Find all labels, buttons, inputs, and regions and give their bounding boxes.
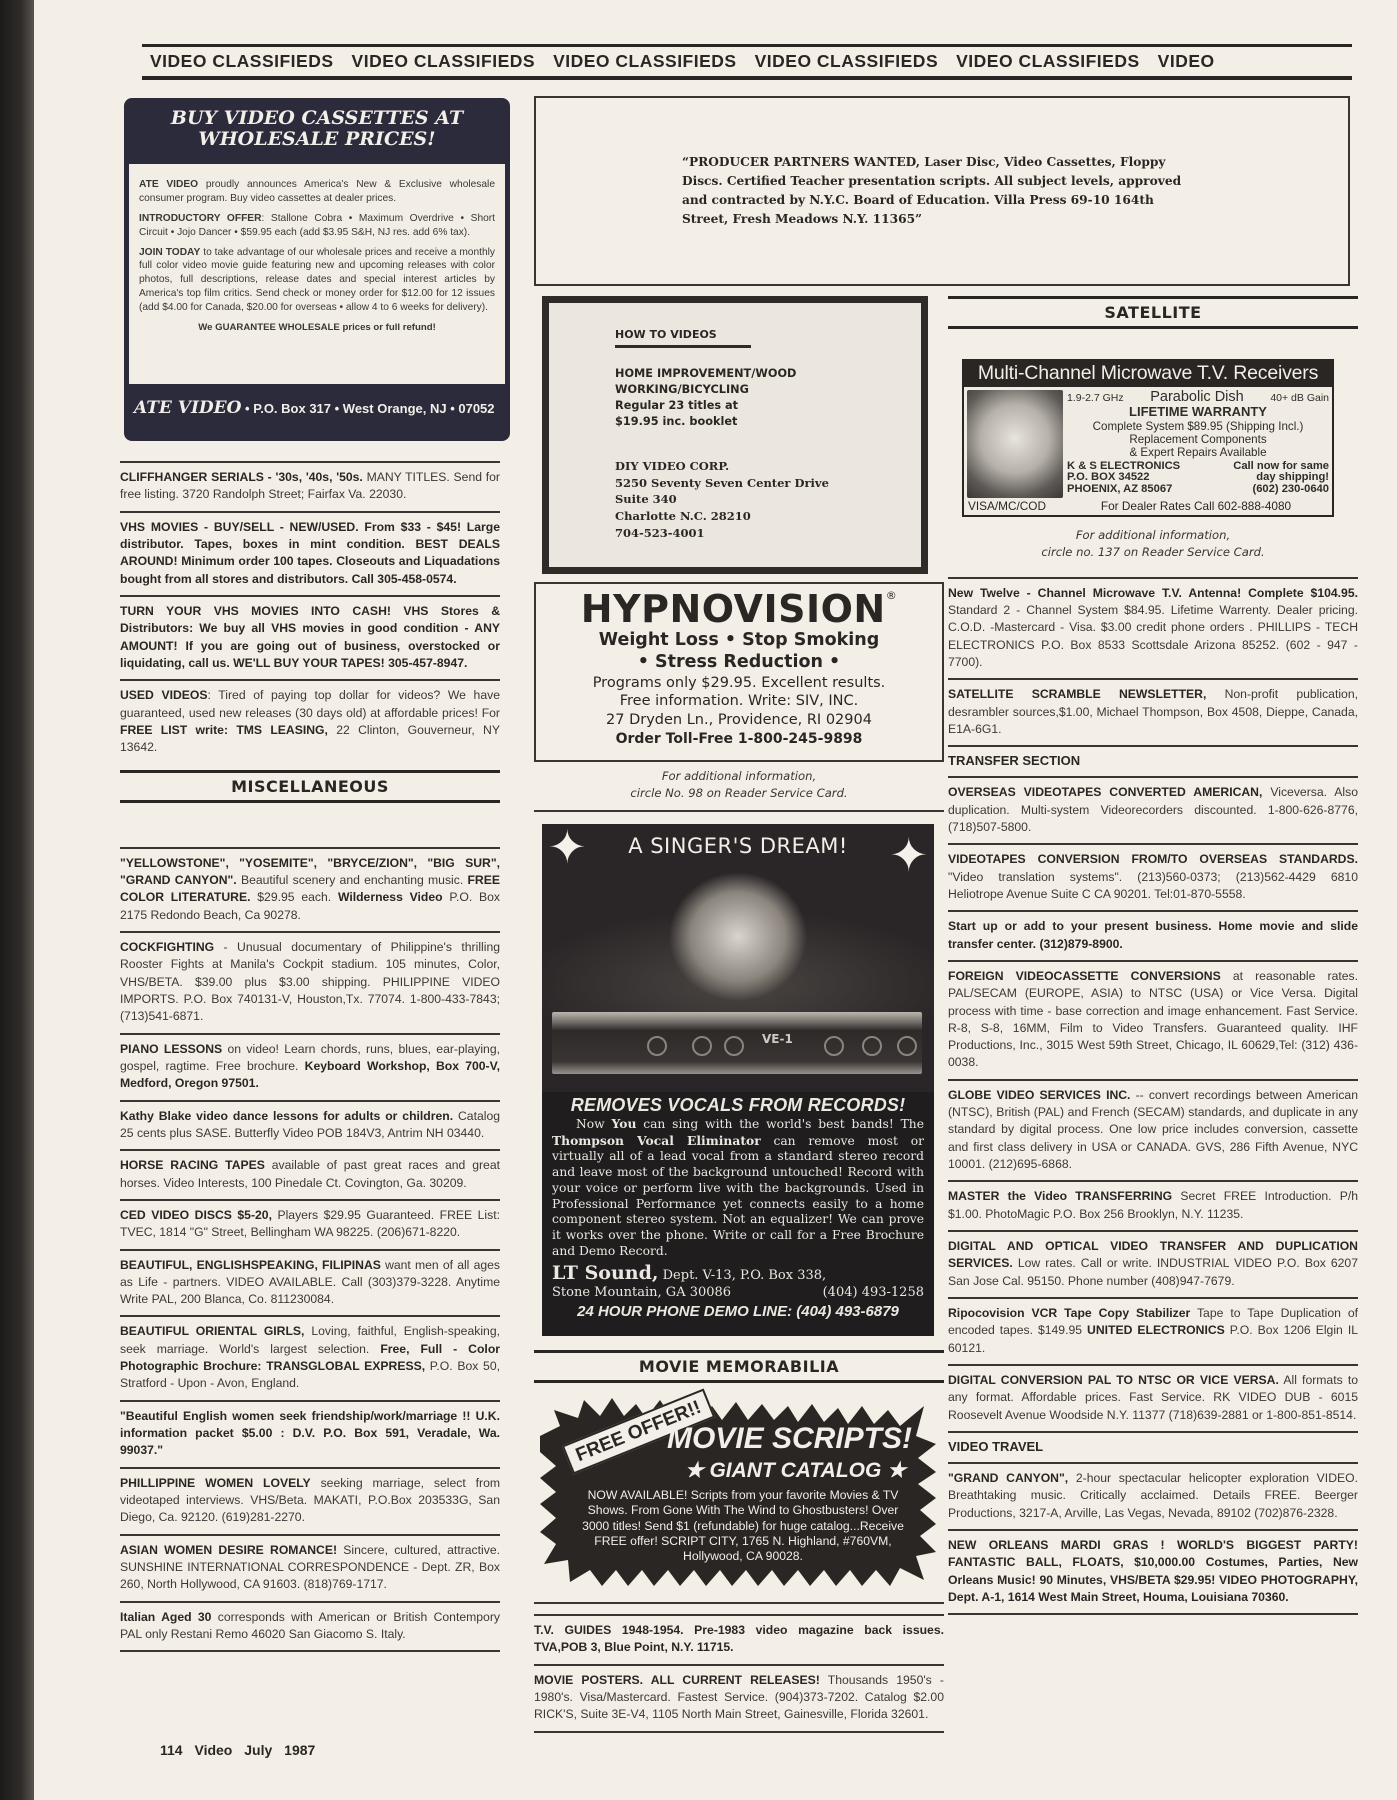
listing-lead: PHILLIPPINE WOMEN LOVELY — [120, 1476, 311, 1490]
section-heading-miscellaneous: MISCELLANEOUS — [120, 770, 500, 803]
howto-line: 5250 Seventy Seven Center Drive — [615, 475, 921, 492]
mcr-call: Call now for same day shipping! (602) 23… — [1233, 461, 1329, 496]
listing: New Twelve - Channel Microwave T.V. Ante… — [948, 579, 1358, 681]
listing: TURN YOUR VHS MOVIES INTO CASH! VHS Stor… — [120, 597, 500, 681]
listing-lead: ASIAN WOMEN DESIRE ROMANCE! — [120, 1543, 337, 1557]
hypno-brand: HYPNOVISION — [581, 587, 886, 631]
listing: PIANO LESSONS on video! Learn chords, ru… — [120, 1035, 500, 1102]
giant-catalog-label: ★ GIANT CATALOG ★ — [685, 1458, 906, 1483]
lts-bold: You — [612, 1116, 637, 1131]
listing: VHS MOVIES - BUY/SELL - NEW/USED. From $… — [120, 513, 500, 597]
listing-lead: New Twelve - Channel Microwave T.V. Ante… — [948, 586, 1358, 600]
listing: ASIAN WOMEN DESIRE ROMANCE! Sincere, cul… — [120, 1536, 500, 1603]
listing: COCKFIGHTING - Unusual documentary of Ph… — [120, 933, 500, 1035]
memorabilia-listings: T.V. GUIDES 1948-1954. Pre-1983 video ma… — [534, 1602, 944, 1733]
masthead-label: VIDEO — [1158, 51, 1215, 72]
listing-lead: BEAUTIFUL, ENGLISHSPEAKING, FILIPINAS — [120, 1258, 381, 1272]
listing: SATELLITE SCRAMBLE NEWSLETTER, Non-profi… — [948, 680, 1358, 747]
listing-lead: CED VIDEO DISCS $5-20, — [120, 1208, 272, 1222]
reader-service-note: For additional information, circle No. 9… — [534, 768, 944, 802]
section-heading-satellite: SATELLITE — [948, 296, 1358, 329]
ate-paragraph: INTRODUCTORY OFFER: Stallone Cobra • Max… — [139, 212, 495, 240]
lts-text: Now — [576, 1117, 612, 1131]
listing: DIGITAL CONVERSION PAL TO NTSC OR VICE V… — [948, 1366, 1358, 1433]
knob-icon — [724, 1036, 744, 1056]
page-footer: 114 Video July 1987 — [160, 1742, 315, 1758]
howto-line: Regular 23 titles at — [615, 398, 921, 414]
listing: HORSE RACING TAPES available of past gre… — [120, 1151, 500, 1201]
ate-address: • P.O. Box 317 • West Orange, NJ • 07052 — [241, 401, 494, 416]
listing-lead: T.V. GUIDES 1948-1954. Pre-1983 video ma… — [534, 1623, 944, 1654]
listing-lead: FOREIGN VIDEOCASSETTE CONVERSIONS — [948, 969, 1221, 983]
listing-lead: NEW ORLEANS MARDI GRAS ! WORLD'S BIGGEST… — [948, 1538, 1358, 1604]
ate-headline-line: WHOLESALE PRICES! — [124, 129, 510, 150]
mcr-info: 1.9-2.7 GHzParabolic Dish40+ dB Gain LIF… — [1063, 387, 1332, 498]
lts-dept: Dept. V-13, P.O. Box 338, — [659, 1268, 827, 1283]
singer-photo: ✦ ✦ A SINGER'S DREAM! VE-1 — [542, 824, 934, 1092]
producer-partners-ad: “PRODUCER PARTNERS WANTED, Laser Disc, V… — [534, 96, 1350, 286]
listing-lead: BEAUTIFUL ORIENTAL GIRLS, — [120, 1324, 304, 1338]
listing: USED VIDEOS: Tired of paying top dollar … — [120, 681, 500, 763]
classifieds-page: VIDEO CLASSIFIEDS VIDEO CLASSIFIEDS VIDE… — [34, 0, 1397, 1800]
howto-line: DIY VIDEO CORP. — [615, 458, 921, 475]
mcr-body: 1.9-2.7 GHzParabolic Dish40+ dB Gain LIF… — [964, 387, 1332, 498]
listing-lead: COCKFIGHTING — [120, 940, 214, 954]
howto-line: HOME IMPROVEMENT/WOOD — [615, 366, 921, 382]
listing-lead: SATELLITE SCRAMBLE NEWSLETTER, — [948, 687, 1206, 701]
listing-lead: Wilderness Video — [338, 890, 443, 904]
lts-bold: Thompson Vocal Eliminator — [552, 1133, 761, 1148]
howto-line: Charlotte N.C. 28210 — [615, 508, 921, 525]
lts-address: LT Sound, Dept. V-13, P.O. Box 338, Ston… — [542, 1260, 934, 1302]
listing-text: Standard 2 - Channel System $84.95. Life… — [948, 603, 1358, 669]
listing: MOVIE POSTERS. ALL CURRENT RELEASES! Tho… — [534, 1666, 944, 1733]
listing-lead: Italian Aged 30 — [120, 1610, 211, 1624]
howto-title: HOW TO VIDEOS — [615, 328, 751, 348]
masthead-label: VIDEO CLASSIFIEDS — [755, 51, 939, 72]
listing-lead: MOVIE POSTERS. ALL CURRENT RELEASES! — [534, 1673, 820, 1687]
howto-line: WORKING/BICYCLING — [615, 382, 921, 398]
listing: Italian Aged 30 corresponds with America… — [120, 1603, 500, 1653]
masthead: VIDEO CLASSIFIEDS VIDEO CLASSIFIEDS VIDE… — [142, 44, 1352, 80]
middle-column: “PRODUCER PARTNERS WANTED, Laser Disc, V… — [534, 96, 1350, 286]
producer-text: “PRODUCER PARTNERS WANTED, Laser Disc, V… — [682, 153, 1202, 229]
ate-headline-line: BUY VIDEO CASSETTES AT — [124, 108, 510, 129]
mcr-line: & Expert Repairs Available — [1067, 446, 1329, 459]
rsc-line: For additional information, — [534, 768, 944, 785]
hypnovision-ad: HYPNOVISION® Weight Loss • Stop Smoking … — [534, 582, 944, 762]
divider — [534, 810, 944, 812]
listing-lead: Kathy Blake video dance lessons for adul… — [120, 1109, 453, 1123]
mcr-freq: 1.9-2.7 GHz — [1067, 393, 1124, 405]
issue-month: July — [244, 1742, 272, 1758]
listing-lead: Start up or add to your present business… — [948, 919, 1358, 950]
mcr-company: K & S ELECTRONICS P.O. BOX 34522 PHOENIX… — [1067, 461, 1180, 496]
listing: "GRAND CANYON", 2-hour spectacular helic… — [948, 1464, 1358, 1531]
left-column: BUY VIDEO CASSETTES AT WHOLESALE PRICES!… — [120, 96, 500, 1652]
lts-city: Stone Mountain, GA 30086 — [552, 1285, 731, 1301]
mcr-warranty: LIFETIME WARRANTY — [1067, 405, 1329, 420]
listing-lead: VIDEOTAPES CONVERSION FROM/TO OVERSEAS S… — [948, 852, 1358, 866]
howto-address: DIY VIDEO CORP. 5250 Seventy Seven Cente… — [615, 458, 921, 541]
hypno-tollfree: Order Toll-Free 1-800-245-9898 — [536, 730, 942, 749]
page-number: 114 — [160, 1742, 183, 1758]
hypno-name: HYPNOVISION® — [536, 590, 942, 630]
mcr-header: Multi-Channel Microwave T.V. Receivers — [964, 361, 1332, 387]
mcr-specs: 1.9-2.7 GHzParabolic Dish40+ dB Gain — [1067, 389, 1329, 405]
lts-text: can remove most or virtually all of a le… — [552, 1134, 924, 1258]
ate-lead: ATE VIDEO — [139, 179, 198, 190]
movie-scripts-text: FREE OFFER!! MOVIE SCRIPTS! ★ GIANT CATA… — [540, 1396, 936, 1586]
rsc-line: For additional information, — [948, 527, 1358, 544]
listing-lead: FREE LIST write: TMS LEASING, — [120, 723, 328, 737]
mcr-line: Replacement Components — [1067, 433, 1329, 446]
listing: Start up or add to your present business… — [948, 912, 1358, 962]
mcr-payment: VISA/MC/COD — [968, 499, 1064, 513]
lts-body: Now You can sing with the world's best b… — [542, 1116, 934, 1260]
movie-scripts-ad: FREE OFFER!! MOVIE SCRIPTS! ★ GIANT CATA… — [540, 1396, 936, 1586]
mcr-gain: 40+ dB Gain — [1270, 393, 1329, 405]
lts-text: can sing with the world's best bands! Th… — [636, 1117, 924, 1131]
ate-body: ATE VIDEO proudly announces America's Ne… — [129, 164, 505, 384]
device-model: VE-1 — [762, 1032, 793, 1046]
lts-photo-title: A SINGER'S DREAM! — [542, 834, 934, 858]
listing-lead: MASTER the Video TRANSFERRING — [948, 1189, 1172, 1203]
listing-lead: GLOBE VIDEO SERVICES INC. — [948, 1088, 1130, 1102]
mcr-dish: Parabolic Dish — [1150, 389, 1244, 405]
lts-company: LT Sound, — [552, 1262, 659, 1284]
listing-text: Beautiful scenery and enchanting music. — [237, 873, 468, 887]
issue-year: 1987 — [284, 1742, 315, 1758]
mcr-contact: K & S ELECTRONICS P.O. BOX 34522 PHOENIX… — [1067, 461, 1329, 496]
listing: BEAUTIFUL ORIENTAL GIRLS, Loving, faithf… — [120, 1317, 500, 1401]
ate-footer: ATE VIDEO • P.O. Box 317 • West Orange, … — [124, 384, 510, 418]
listing-text: $29.95 each. — [250, 890, 337, 904]
listing-text: at reasonable rates. PAL/SECAM (EUROPE, … — [948, 969, 1358, 1070]
mcr-footer: VISA/MC/COD For Dealer Rates Call 602-88… — [964, 498, 1332, 515]
listing: MASTER the Video TRANSFERRING Secret FRE… — [948, 1182, 1358, 1232]
magazine-name: Video — [194, 1742, 232, 1758]
listing: T.V. GUIDES 1948-1954. Pre-1983 video ma… — [534, 1616, 944, 1666]
lts-demo-line: 24 HOUR PHONE DEMO LINE: (404) 493-6879 — [542, 1302, 934, 1320]
listing-lead: "Beautiful English women seek friendship… — [120, 1409, 500, 1458]
listing-lead: OVERSEAS VIDEOTAPES CONVERTED AMERICAN, — [948, 785, 1262, 799]
mcr-line: PHOENIX, AZ 85067 — [1067, 484, 1180, 496]
microwave-receiver-ad: Multi-Channel Microwave T.V. Receivers 1… — [962, 359, 1334, 517]
lt-sound-ad: ✦ ✦ A SINGER'S DREAM! VE-1 REMOVES VOCAL… — [542, 824, 934, 1336]
listing: Kathy Blake video dance lessons for adul… — [120, 1102, 500, 1152]
movie-scripts-title: MOVIE SCRIPTS! — [667, 1422, 912, 1456]
listing-text: "Video translation systems". (213)560-03… — [948, 870, 1358, 901]
hypno-line: Free information. Write: SIV, INC. — [536, 692, 942, 711]
listing-lead: "GRAND CANYON", — [948, 1471, 1068, 1485]
reader-service-note: For additional information, circle no. 1… — [948, 527, 1358, 561]
hypno-tagline: Weight Loss • Stop Smoking — [536, 630, 942, 652]
vocal-eliminator-device: VE-1 — [552, 1012, 922, 1074]
ate-video-ad: BUY VIDEO CASSETTES AT WHOLESALE PRICES!… — [124, 98, 510, 441]
ate-guarantee: We GUARANTEE WHOLESALE prices or full re… — [139, 321, 495, 334]
registered-mark: ® — [886, 589, 898, 602]
howto-line: $19.95 inc. booklet — [615, 414, 921, 430]
listing: OVERSEAS VIDEOTAPES CONVERTED AMERICAN, … — [948, 778, 1358, 845]
ate-lead: INTRODUCTORY OFFER — [139, 213, 261, 224]
listing: GLOBE VIDEO SERVICES INC. -- convert rec… — [948, 1081, 1358, 1183]
listing: CED VIDEO DISCS $5-20, Players $29.95 Gu… — [120, 1201, 500, 1251]
ate-headline: BUY VIDEO CASSETTES AT WHOLESALE PRICES! — [124, 98, 510, 164]
knob-icon — [692, 1036, 712, 1056]
hypno-line: 27 Dryden Ln., Providence, RI 02904 — [536, 711, 942, 730]
binding-spine — [0, 0, 34, 1800]
knob-icon — [824, 1036, 844, 1056]
parabolic-dish-photo — [967, 390, 1063, 498]
ate-brand: ATE VIDEO — [134, 398, 241, 418]
howto-line: Suite 340 — [615, 491, 921, 508]
listing: DIGITAL AND OPTICAL VIDEO TRANSFER AND D… — [948, 1232, 1358, 1299]
masthead-label: VIDEO CLASSIFIEDS — [352, 51, 536, 72]
masthead-label: VIDEO CLASSIFIEDS — [553, 51, 737, 72]
mcr-line: (602) 230-0640 — [1233, 484, 1329, 496]
memorabilia-section: MOVIE MEMORABILIA — [534, 1350, 944, 1383]
movie-scripts-body: NOW AVAILABLE! Scripts from your favorit… — [580, 1488, 906, 1564]
mcr-dealer: For Dealer Rates Call 602-888-4080 — [1064, 499, 1328, 513]
listing-lead: UNITED ELECTRONICS — [1087, 1323, 1225, 1337]
rsc-line: circle No. 98 on Reader Service Card. — [534, 785, 944, 802]
section-heading-transfer: TRANSFER SECTION — [948, 747, 1358, 778]
listing: CLIFFHANGER SERIALS - '30s, '40s, '50s. … — [120, 463, 500, 513]
listing-lead: TURN YOUR VHS MOVIES INTO CASH! VHS Stor… — [120, 604, 500, 670]
howto-line: 704-523-4001 — [615, 525, 921, 542]
ate-paragraph: ATE VIDEO proudly announces America's Ne… — [139, 178, 495, 206]
rsc-line: circle no. 137 on Reader Service Card. — [948, 544, 1358, 561]
listing-lead: DIGITAL CONVERSION PAL TO NTSC OR VICE V… — [948, 1373, 1279, 1387]
listing: FOREIGN VIDEOCASSETTE CONVERSIONS at rea… — [948, 962, 1358, 1081]
howto-offer: HOME IMPROVEMENT/WOOD WORKING/BICYCLING … — [615, 366, 921, 430]
knob-icon — [647, 1036, 667, 1056]
masthead-label: VIDEO CLASSIFIEDS — [150, 51, 334, 72]
right-column: SATELLITE Multi-Channel Microwave T.V. R… — [948, 296, 1358, 1615]
lts-phone: (404) 493-1258 — [823, 1285, 924, 1301]
listing-lead: USED VIDEOS — [120, 688, 208, 702]
hypno-tagline: • Stress Reduction • — [536, 652, 942, 674]
masthead-label: VIDEO CLASSIFIEDS — [956, 51, 1140, 72]
hypno-line: Programs only $29.95. Excellent results. — [536, 674, 942, 693]
mcr-system: Complete System $89.95 (Shipping Incl.) — [1067, 420, 1329, 433]
knob-icon — [897, 1036, 917, 1056]
lts-headline: REMOVES VOCALS FROM RECORDS! — [542, 1092, 934, 1116]
listing: "Beautiful English women seek friendship… — [120, 1402, 500, 1469]
listing: VIDEOTAPES CONVERSION FROM/TO OVERSEAS S… — [948, 845, 1358, 912]
knob-icon — [862, 1036, 882, 1056]
listing: PHILLIPPINE WOMEN LOVELY seeking marriag… — [120, 1469, 500, 1536]
section-heading-travel: VIDEO TRAVEL — [948, 1433, 1358, 1464]
ate-lead: JOIN TODAY — [139, 247, 200, 258]
listing: NEW ORLEANS MARDI GRAS ! WORLD'S BIGGEST… — [948, 1531, 1358, 1615]
listing-lead: Ripocovision VCR Tape Copy Stabilizer — [948, 1306, 1190, 1320]
listing-lead: CLIFFHANGER SERIALS - '30s, '40s, '50s. — [120, 470, 363, 484]
listing: Ripocovision VCR Tape Copy Stabilizer Ta… — [948, 1299, 1358, 1366]
how-to-videos-ad: HOW TO VIDEOS HOME IMPROVEMENT/WOOD WORK… — [542, 296, 928, 574]
section-heading-memorabilia: MOVIE MEMORABILIA — [534, 1350, 944, 1383]
listing-lead: PIANO LESSONS — [120, 1042, 222, 1056]
listing: "YELLOWSTONE", "YOSEMITE", "BRYCE/ZION",… — [120, 849, 500, 933]
listing: BEAUTIFUL, ENGLISHSPEAKING, FILIPINAS wa… — [120, 1251, 500, 1318]
listing-lead: HORSE RACING TAPES — [120, 1158, 265, 1172]
listing-lead: VHS MOVIES - BUY/SELL - NEW/USED. From $… — [120, 520, 500, 586]
ate-paragraph: JOIN TODAY to take advantage of our whol… — [139, 246, 495, 315]
